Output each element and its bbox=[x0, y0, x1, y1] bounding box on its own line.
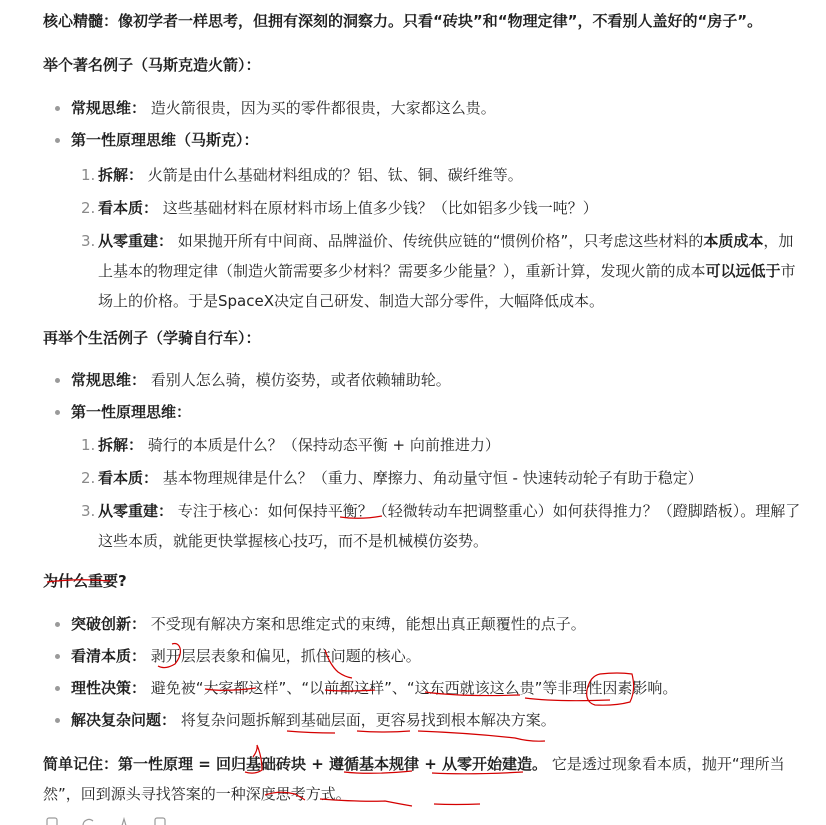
step-item: 3.从零重建： 如果抛开所有中间商、品牌溢价、传统供应链的“惯例价格”，只考虑这… bbox=[43, 226, 803, 316]
list-item: 第一性原理思维（马斯克）： bbox=[43, 124, 803, 156]
core-essence: 核心精髓：像初学者一样思考，但拥有深刻的洞察力。只看“砖块”和“物理定律”，不看… bbox=[43, 6, 762, 36]
refresh-icon[interactable] bbox=[80, 815, 96, 825]
copy-icon[interactable] bbox=[44, 815, 60, 825]
why-list: 突破创新： 不受现有解决方案和思维定式的束缚，能想出真正颠覆性的点子。 看清本质… bbox=[43, 608, 803, 736]
list-item: 理性决策： 避免被“大家都这样”、“以前都这样”、“这东西就该这么贵”等非理性因… bbox=[43, 672, 803, 704]
list-item: 突破创新： 不受现有解决方案和思维定式的束缚，能想出真正颠覆性的点子。 bbox=[43, 608, 803, 640]
list-item: 看清本质： 剥开层层表象和偏见，抓住问题的核心。 bbox=[43, 640, 803, 672]
step-item: 1.拆解： 火箭是由什么基础材料组成的？铝、钛、铜、碳纤维等。 bbox=[43, 160, 803, 190]
list-item: 常规思维： 看别人怎么骑，模仿姿势，或者依赖辅助轮。 bbox=[43, 364, 803, 396]
core-label: 核心精髓： bbox=[43, 12, 118, 30]
step-item: 2.看本质： 基本物理规律是什么？（重力、摩擦力、角动量守恒 - 快速转动轮子有… bbox=[43, 463, 803, 493]
why-heading: 为什么重要? bbox=[43, 566, 127, 596]
step-item: 1.拆解： 骑行的本质是什么？（保持动态平衡 + 向前推进力） bbox=[43, 430, 803, 460]
summary: 简单记住：第一性原理 = 回归基础砖块 + 遵循基本规律 + 从零开始建造。 它… bbox=[43, 749, 803, 809]
example1-heading: 举个著名例子（马斯克造火箭）： bbox=[43, 50, 261, 80]
list-item: 解决复杂问题： 将复杂问题拆解到基础层面，更容易找到根本解决方案。 bbox=[43, 704, 803, 736]
response-toolbar bbox=[44, 815, 168, 825]
step-item: 2.看本质： 这些基础材料在原材料市场上值多少钱？（比如铝多少钱一吨？） bbox=[43, 193, 803, 223]
core-text: 像初学者一样思考，但拥有深刻的洞察力。只看“砖块”和“物理定律”，不看别人盖好的… bbox=[118, 12, 762, 30]
example2-list: 常规思维： 看别人怎么骑，模仿姿势，或者依赖辅助轮。 第一性原理思维： 1.拆解… bbox=[43, 364, 803, 559]
list-item: 常规思维： 造火箭很贵，因为买的零件都很贵，大家都这么贵。 bbox=[43, 92, 803, 124]
thumbs-down-icon[interactable] bbox=[152, 815, 168, 825]
example2-heading: 再举个生活例子（学骑自行车）： bbox=[43, 323, 261, 353]
example1-list: 常规思维： 造火箭很贵，因为买的零件都很贵，大家都这么贵。 第一性原理思维（马斯… bbox=[43, 92, 803, 319]
thumbs-up-icon[interactable] bbox=[116, 815, 132, 825]
list-item: 第一性原理思维： bbox=[43, 396, 803, 428]
summary-label: 简单记住：第一性原理 = 回归基础砖块 + 遵循基本规律 + 从零开始建造。 bbox=[43, 755, 547, 773]
step-item: 3.从零重建： 专注于核心：如何保持平衡？（轻微转动车把调整重心）如何获得推力？… bbox=[43, 496, 803, 556]
